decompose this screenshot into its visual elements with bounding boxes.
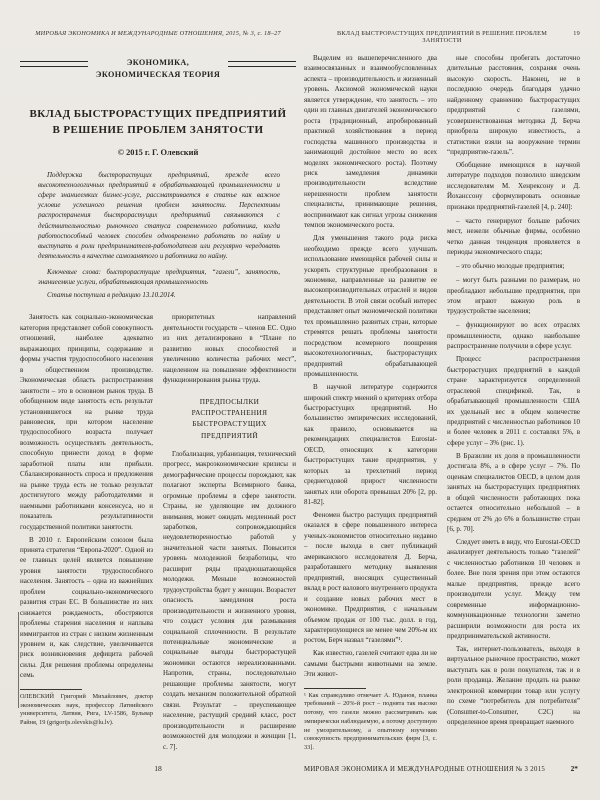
section-title-line1: ЭКОНОМИКА, bbox=[96, 57, 220, 69]
paragraph: Для уменьшения такого рода риска необход… bbox=[304, 233, 437, 379]
footnote-rule bbox=[20, 689, 82, 690]
paragraph: ные способны пробегать достаточно длител… bbox=[447, 53, 580, 158]
article-title-line2: В РЕШЕНИЕ ПРОБЛЕМ ЗАНЯТОСТИ bbox=[20, 123, 296, 139]
page19-column-2: ные способны пробегать достаточно длител… bbox=[447, 53, 580, 753]
paragraph: Занятость как социально-экономическая ка… bbox=[20, 312, 153, 532]
running-head-right: ВКЛАД БЫСТРОРАСТУЩИХ ПРЕДПРИЯТИЙ В РЕШЕН… bbox=[304, 30, 580, 44]
page-number-19: 19 bbox=[573, 30, 580, 37]
paragraph: Следует иметь в виду, что Eurostat-OECD … bbox=[447, 537, 580, 642]
subsection-heading-line2: БЫСТРОРАСТУЩИХ ПРЕДПРИЯТИЙ bbox=[165, 418, 294, 441]
article-title: ВКЛАД БЫСТРОРАСТУЩИХ ПРЕДПРИЯТИЙ В РЕШЕН… bbox=[20, 107, 296, 139]
banner-rule-left bbox=[20, 61, 88, 67]
footnote-1: ¹ Как справедливо отмечает А. Юданов, пл… bbox=[304, 692, 437, 753]
page19-columns: Выделим из вышеперечисленного два взаимо… bbox=[304, 53, 580, 753]
article-title-line1: ВКЛАД БЫСТРОРАСТУЩИХ ПРЕДПРИЯТИЙ bbox=[20, 107, 296, 123]
received-note: Статья поступила в редакцию 13.10.2014. bbox=[38, 291, 280, 299]
page19-column-1: Выделим из вышеперечисленного два взаимо… bbox=[304, 53, 437, 753]
list-item: – функционируют во всех отраслях промышл… bbox=[447, 320, 580, 351]
section-title: ЭКОНОМИКА, ЭКОНОМИЧЕСКАЯ ТЕОРИЯ bbox=[88, 57, 228, 81]
section-title-line2: ЭКОНОМИЧЕСКАЯ ТЕОРИЯ bbox=[96, 69, 220, 81]
article-abstract: Поддержка быстрорастущих предприятий, пр… bbox=[38, 170, 280, 262]
page18-column-1: Занятость как социально-экономическая ка… bbox=[20, 312, 153, 754]
subsection-heading: ПРЕДПОСЫЛКИ РАСПРОСТРАНЕНИЯ БЫСТРОРАСТУЩ… bbox=[165, 396, 294, 441]
paragraph: В Бразилии их доля в промышленности дост… bbox=[447, 451, 580, 535]
journal-footer-text: МИРОВАЯ ЭКОНОМИКА И МЕЖДУНАРОДНЫЕ ОТНОШЕ… bbox=[304, 766, 545, 773]
paragraph: Выделим из вышеперечисленного два взаимо… bbox=[304, 53, 437, 231]
article-keywords: Ключевые слова: быстрорастущие предприят… bbox=[38, 267, 280, 287]
journal-footer: МИРОВАЯ ЭКОНОМИКА И МЕЖДУНАРОДНЫЕ ОТНОШЕ… bbox=[304, 764, 580, 773]
page-number-18: 18 bbox=[20, 764, 296, 773]
paragraph: Глобализация, урбанизация, технический п… bbox=[163, 449, 296, 752]
paragraph: Так, интернет-пользователь, выходя в вир… bbox=[447, 644, 580, 728]
paragraph: В научной литературе содержится широкий … bbox=[304, 382, 437, 507]
journal-footer-mark: 2* bbox=[571, 764, 580, 773]
article-byline: © 2015 г. Г. Олевский bbox=[20, 148, 296, 157]
journal-scan: МИРОВАЯ ЭКОНОМИКА И МЕЖДУНАРОДНЫЕ ОТНОШЕ… bbox=[0, 0, 600, 800]
banner-rule-right bbox=[228, 61, 296, 67]
subsection-heading-line1: ПРЕДПОСЫЛКИ РАСПРОСТРАНЕНИЯ bbox=[165, 396, 294, 419]
list-item: – часто генерируют больше рабочих мест, … bbox=[447, 216, 580, 258]
page-19: ВКЛАД БЫСТРОРАСТУЩИХ ПРЕДПРИЯТИЙ В РЕШЕН… bbox=[304, 30, 580, 775]
page-18: МИРОВАЯ ЭКОНОМИКА И МЕЖДУНАРОДНЫЕ ОТНОШЕ… bbox=[20, 30, 296, 775]
running-head-right-text: ВКЛАД БЫСТРОРАСТУЩИХ ПРЕДПРИЯТИЙ В РЕШЕН… bbox=[337, 30, 547, 44]
author-footnote: ОЛЕВСКИЙ Григорий Михайлович, доктор эко… bbox=[20, 693, 153, 728]
section-banner: ЭКОНОМИКА, ЭКОНОМИЧЕСКАЯ ТЕОРИЯ bbox=[20, 57, 296, 81]
scan-artifact-line bbox=[18, 612, 19, 708]
footnote-rule bbox=[304, 688, 366, 689]
paragraph: Обобщение имеющихся в научной литературе… bbox=[447, 160, 580, 212]
paragraph: Как известно, газелей считают едва ли не… bbox=[304, 648, 437, 679]
paragraph: приоритетных направлений деятельности го… bbox=[163, 312, 296, 385]
list-item: – это обычно молодые предприятия; bbox=[447, 261, 580, 271]
paragraph: Процесс распространения быстрорастущих п… bbox=[447, 354, 580, 448]
list-item: – могут быть разными по размерам, но пре… bbox=[447, 275, 580, 317]
running-head-left: МИРОВАЯ ЭКОНОМИКА И МЕЖДУНАРОДНЫЕ ОТНОШЕ… bbox=[20, 30, 296, 37]
paragraph: В 2010 г. Европейским союзом была принят… bbox=[20, 535, 153, 681]
paragraph: Феномен быстро растущих предприятий оказ… bbox=[304, 510, 437, 646]
page18-column-2: приоритетных направлений деятельности го… bbox=[163, 312, 296, 754]
page18-columns: Занятость как социально-экономическая ка… bbox=[20, 312, 296, 754]
